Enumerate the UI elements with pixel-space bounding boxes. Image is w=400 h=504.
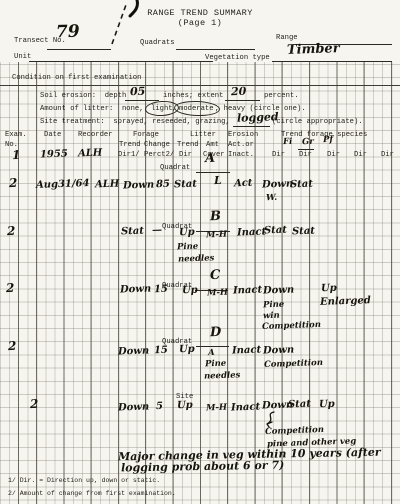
soil-extent-underline — [225, 100, 260, 101]
species-dir-5: Dir — [381, 151, 394, 159]
soil-extent-value: 20 — [231, 87, 247, 98]
quadrat-c-litter-trend: Up — [182, 286, 198, 297]
col-erosion-inact: Inact. — [228, 151, 254, 159]
quadrat-d-letter: D — [210, 328, 222, 338]
col-erosion: Erosion — [228, 131, 258, 139]
col-forage-trend: Trend — [119, 141, 141, 149]
site-forage-change: 5 — [156, 402, 163, 412]
soil-depth-value: 05 — [130, 87, 146, 98]
quadrat-c-forage-trend: Down — [120, 284, 152, 295]
soil-percent-label: percent. — [264, 92, 299, 100]
quadrat-a-letter: A — [205, 154, 215, 164]
species-dir-4: Dir — [354, 151, 367, 159]
col-forage: Forage — [133, 131, 159, 139]
species-abbrev-fi: Fi — [283, 137, 293, 147]
quadrat-d-species-dir-1: Down — [263, 345, 295, 356]
vegetation-type-label: Vegetation type — [205, 54, 270, 62]
quadrat-b-litter-note-2: needles — [178, 253, 215, 264]
quadrat-d-litter-note-2: needles — [204, 370, 241, 381]
quadrat-c-litter-amt: M-H — [207, 288, 228, 299]
quadrat-b-erosion: Inact — [237, 227, 266, 238]
species-gr-underline — [298, 149, 314, 150]
row2-recorder: ALH — [95, 180, 120, 191]
unit-label: Unit — [14, 53, 31, 61]
row1-exam-no: 1 — [12, 150, 21, 160]
quadrat-c-species-dir-1: Down — [263, 285, 295, 296]
col-litter-dir: Dir — [179, 151, 192, 159]
quadrat-b-forage-trend: Stat — [121, 227, 144, 238]
site-treatment-label: Site treatment: sprayed, reseeded, grazi… — [40, 118, 230, 126]
site-species-dir-2: Stat — [288, 400, 311, 411]
row2-exam-no: 2 — [9, 178, 18, 188]
quadrat-c-forage-change: 15 — [154, 285, 168, 295]
quadrat-c-exam-no: 2 — [6, 283, 15, 293]
quadrat-b-letter: B — [210, 212, 221, 222]
row1-recorder: ALH — [78, 149, 103, 160]
col-litter-amt: Amt — [206, 141, 219, 149]
col-recorder: Recorder — [78, 131, 113, 139]
quadrat-d-erosion: Inact — [232, 345, 261, 356]
scanned-form-page: RANGE TREND SUMMARY (Page 1) Transect No… — [0, 0, 400, 504]
quadrat-d-forage-change: 15 — [154, 346, 168, 356]
row2-species-dir-2: Stat — [290, 180, 313, 191]
row1-date: 1955 — [40, 150, 68, 161]
quadrat-b-species-dir-2: Stat — [292, 227, 315, 238]
quadrat-c-erosion: Inact — [233, 285, 262, 296]
litter-label: Amount of litter: none, — [40, 105, 144, 113]
species-dir-2: Dir — [299, 151, 312, 159]
site-litter-trend: Up — [177, 401, 193, 412]
vegetation-type-underline — [272, 61, 392, 62]
col-litter-trend: Trend — [177, 141, 199, 149]
quadrat-b-species-dir-1: Stat — [264, 226, 287, 237]
site-exam-no: 2 — [30, 399, 39, 409]
quadrat-d-litter-trend: Up — [179, 345, 195, 356]
col-exam: Exam. — [5, 131, 27, 139]
col-forage-perct: Perct2/ — [144, 151, 174, 159]
condition-heading: Condition on first examination — [12, 74, 141, 82]
row2-erosion: Act — [234, 179, 253, 190]
quadrat-a-underline — [196, 172, 230, 173]
species-abbrev-gr: Gr — [302, 137, 314, 147]
row2-date: Aug31/64 — [36, 179, 90, 191]
range-label: Range — [276, 34, 298, 42]
species-dir-1: Dir — [272, 151, 285, 159]
species-abbrev-pf: Pf — [323, 135, 333, 145]
quadrat-c-species-dir-3: Up — [321, 284, 337, 295]
col-forage-dir: Dir1/ — [118, 151, 140, 159]
soil-erosion-label: Soil erosion: depth — [40, 92, 126, 100]
remark-line-2: logging prob about 6 or 7) — [121, 461, 284, 474]
condition-divider-rule — [0, 85, 400, 86]
quadrat-c-species-note-enlarged: Enlarged — [320, 296, 371, 308]
soil-depth-underline — [125, 100, 159, 101]
quadrat-b-exam-no: 2 — [7, 226, 16, 236]
row2-forage-change: 85 — [156, 180, 170, 190]
col-litter: Litter — [190, 131, 216, 139]
transect-no-value: 79 — [56, 27, 80, 38]
site-erosion: Inact — [231, 402, 260, 413]
species-dir-3: Dir — [327, 151, 340, 159]
soil-extent-label: inches; extent — [163, 92, 223, 100]
quadrat-b-litter-note-1: Pine — [177, 242, 199, 253]
quadrat-d-litter-note-1: Pine — [205, 359, 227, 370]
quadrat-c-species-note-1: Pine — [263, 300, 285, 311]
quadrat-b-forage-change: — — [152, 226, 162, 236]
col-erosion-act: Act.or — [228, 141, 254, 149]
quadrats-underline — [176, 49, 255, 50]
site-forage-trend: Down — [118, 402, 150, 413]
col-forage-change: Change — [144, 141, 170, 149]
site-litter-amt: M-H — [206, 403, 227, 414]
quadrat-b-litter-amt: M-H — [206, 230, 227, 241]
site-treatment-underline — [233, 126, 270, 127]
curly-arrow-mark — [263, 411, 277, 427]
quadrat-d-species-note: Competition — [264, 358, 323, 370]
row2-species-note: W. — [266, 193, 278, 203]
quadrat-a-label: Quadrat — [160, 164, 190, 172]
site-species-dir-3: Up — [319, 400, 335, 411]
quadrat-d-litter-amt: A — [208, 348, 215, 358]
form-title: RANGE TREND SUMMARY — [0, 9, 400, 17]
quadrat-c-species-note-2: win — [263, 311, 280, 322]
unit-underline — [29, 61, 213, 62]
quadrat-d-underline — [196, 346, 229, 347]
quadrats-label: Quadrats — [140, 39, 175, 47]
row2-forage-trend: Down — [123, 180, 155, 191]
quadrat-b-litter-trend: Up — [179, 228, 195, 239]
quadrat-c-species-note-3: Competition — [262, 320, 321, 332]
vegetation-type-value: Timber — [287, 44, 340, 56]
quadrat-c-letter: C — [210, 271, 221, 281]
row2-litter-amt: L — [214, 176, 222, 186]
col-date: Date — [44, 131, 61, 139]
quadrat-d-exam-no: 2 — [8, 341, 17, 351]
footnote-1: 1/ Dir. = Direction up, down or static. — [8, 477, 160, 485]
site-treatment-suffix: (circle appropriate). — [272, 118, 363, 126]
row2-species-dir-1: Down — [262, 179, 294, 190]
transect-no-underline — [47, 49, 111, 50]
row2-litter-trend: Stat — [174, 180, 197, 191]
quadrat-d-forage-trend: Down — [118, 346, 150, 357]
footnote-2: 2/ Amount of change from first examinati… — [8, 490, 176, 498]
site-species-note-1: Competition — [265, 425, 324, 437]
